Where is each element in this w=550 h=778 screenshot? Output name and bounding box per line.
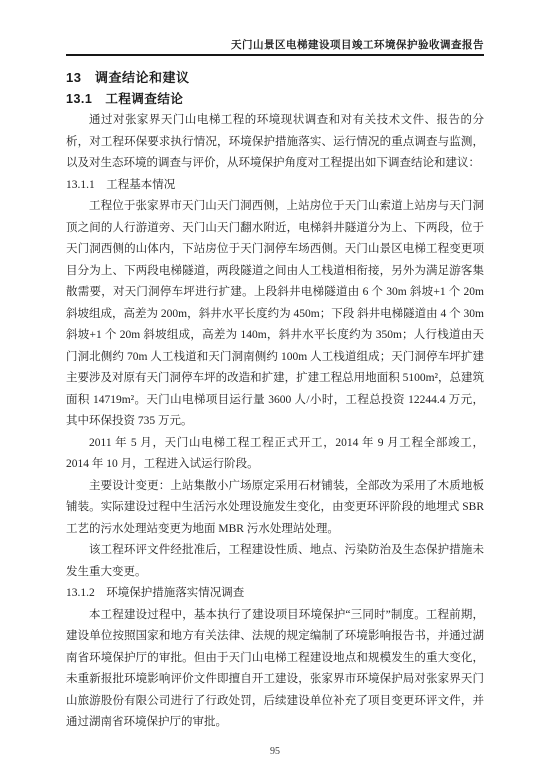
report-page: 天门山景区电梯建设项目竣工环境保护验收调查报告 13 调查结论和建议 13.1 …	[0, 0, 550, 778]
paragraph-construction-timeline: 2011 年 5 月，天门山电梯工程工程正式开工，2014 年 9 月工程全部竣…	[66, 433, 484, 476]
section-heading-13-1-1: 13.1.1 工程基本情况	[66, 175, 484, 197]
section-heading-13: 13 调查结论和建议	[66, 67, 484, 89]
section-heading-13-1: 13.1 工程调查结论	[66, 89, 484, 111]
paragraph-design-changes: 主要设计变更：上站集散小广场原定采用石材铺装，全部改为采用了木质地板铺装。实际建…	[66, 476, 484, 541]
paragraph-ep-measures: 本工程建设过程中，基本执行了建设项目环境保护“三同时”制度。工程前期，建设单位按…	[66, 605, 484, 734]
paragraph-no-major-change: 该工程环评文件经批准后，工程建设性质、地点、污染防治及生态保护措施未发生重大变更…	[66, 540, 484, 583]
running-header-title: 天门山景区电梯建设项目竣工环境保护验收调查报告	[66, 39, 484, 52]
page-footer: 95	[0, 741, 550, 759]
section-heading-13-1-2: 13.1.2 环境保护措施落实情况调查	[66, 583, 484, 605]
page-header: 天门山景区电梯建设项目竣工环境保护验收调查报告	[66, 0, 484, 56]
paragraph-project-overview: 工程位于张家界市天门山天门洞西侧，上站房位于天门山索道上站房与天门洞顶之间的人行…	[66, 196, 484, 433]
page-number: 95	[270, 746, 280, 757]
document-body: 13 调查结论和建议 13.1 工程调查结论 通过对张家界天门山电梯工程的环境现…	[66, 67, 484, 734]
paragraph-intro: 通过对张家界天门山电梯工程的环境现状调查和对有关技术文件、报告的分析，对工程环保…	[66, 110, 484, 175]
